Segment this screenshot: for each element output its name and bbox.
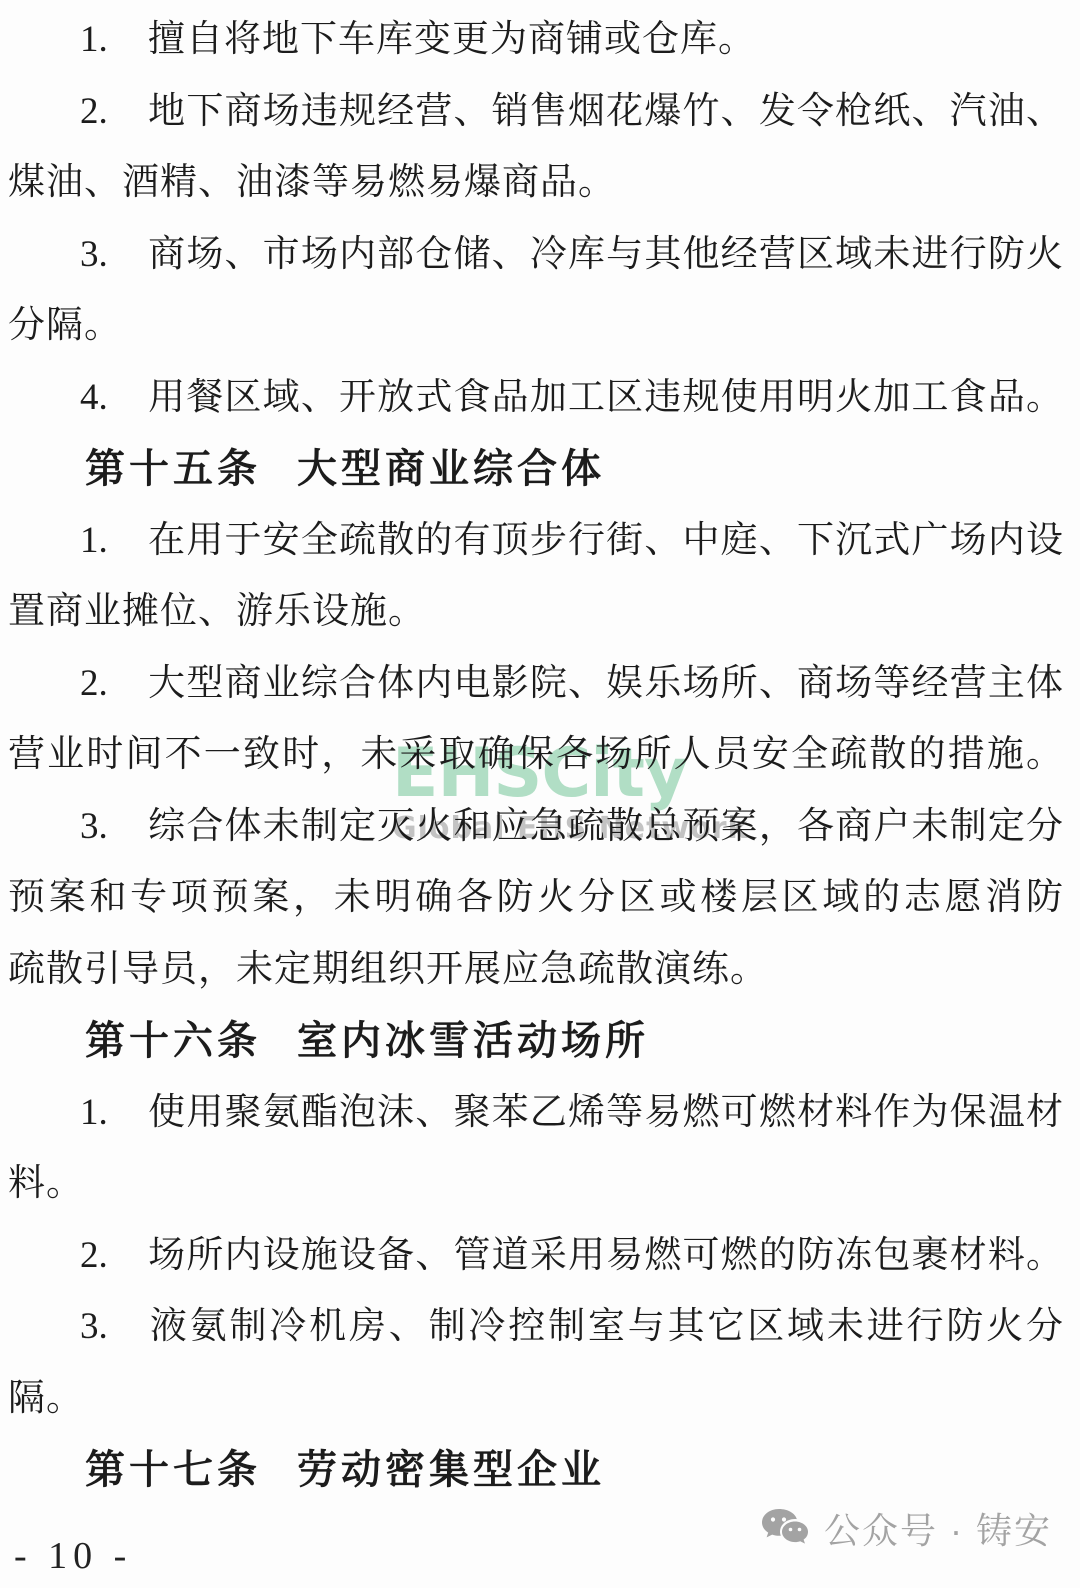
list-item-line: 1.在用于安全疏散的有顶步行街、中庭、下沉式广场内设 [0, 505, 1080, 577]
document-body: 1.擅自将地下车库变更为商铺或仓库。 2.地下商场违规经营、销售烟花爆竹、发令枪… [0, 4, 1080, 1506]
list-item-line: 3.综合体未制定灭火和应急疏散总预案，各商户未制定分 [0, 791, 1080, 863]
list-item-line: 1.使用聚氨酯泡沫、聚苯乙烯等易燃可燃材料作为保温材 [0, 1077, 1080, 1149]
item-number: 4. [80, 362, 148, 434]
article-number: 第十五条 [85, 446, 261, 491]
line-text: 液氨制冷机房、制冷控制室与其它区域未进行防火分 [148, 1306, 1064, 1347]
list-item-line: 4.用餐区域、开放式食品加工区违规使用明火加工食品。 [0, 362, 1080, 434]
line-text: 综合体未制定灭火和应急疏散总预案，各商户未制定分 [148, 806, 1064, 847]
article-title: 室内冰雪活动场所 [297, 1018, 649, 1063]
list-item-line: 3.商场、市场内部仓储、冷库与其他经营区域未进行防火 [0, 219, 1080, 291]
line-text: 置商业摊位、游乐设施。 [8, 591, 426, 632]
line-text: 用餐区域、开放式食品加工区违规使用明火加工食品。 [148, 377, 1064, 418]
article-heading: 第十五条大型商业综合体 [0, 433, 1080, 505]
list-item-line: 1.擅自将地下车库变更为商铺或仓库。 [0, 4, 1080, 76]
line-text: 预案和专项预案，未明确各防火分区或楼层区域的志愿消防员、 [8, 877, 1064, 934]
line-text: 料。 [8, 1163, 84, 1204]
article-title: 大型商业综合体 [297, 446, 605, 491]
article-number: 第十六条 [85, 1018, 261, 1063]
list-item-line: 2.场所内设施设备、管道采用易燃可燃的防冻包裹材料。 [0, 1220, 1080, 1292]
item-number: 3. [80, 1291, 148, 1363]
continuation-line: 隔。 [0, 1363, 1080, 1435]
list-item-line: 3.液氨制冷机房、制冷控制室与其它区域未进行防火分 [0, 1291, 1080, 1363]
continuation-line: 置商业摊位、游乐设施。 [0, 576, 1080, 648]
line-text: 煤油、酒精、油漆等易燃易爆商品。 [8, 162, 616, 203]
list-item-line: 2.大型商业综合体内电影院、娱乐场所、商场等经营主体 [0, 648, 1080, 720]
item-number: 3. [80, 219, 148, 291]
line-text: 大型商业综合体内电影院、娱乐场所、商场等经营主体 [148, 663, 1064, 704]
line-text: 隔。 [8, 1378, 84, 1419]
line-text: 地下商场违规经营、销售烟花爆竹、发令枪纸、汽油、 [148, 91, 1064, 132]
item-number: 1. [80, 505, 148, 577]
list-item-line: 2.地下商场违规经营、销售烟花爆竹、发令枪纸、汽油、 [0, 76, 1080, 148]
item-number: 1. [80, 1077, 148, 1149]
continuation-line: 预案和专项预案，未明确各防火分区或楼层区域的志愿消防员、 [0, 862, 1080, 934]
wechat-badge: 公众号 · 铸安 [760, 1503, 1052, 1554]
continuation-line: 煤油、酒精、油漆等易燃易爆商品。 [0, 147, 1080, 219]
item-number: 1. [80, 4, 148, 76]
item-number: 2. [80, 76, 148, 148]
wechat-account-label: 公众号 · 铸安 [824, 1503, 1052, 1554]
continuation-line: 料。 [0, 1148, 1080, 1220]
line-text: 场所内设施设备、管道采用易燃可燃的防冻包裹材料。 [148, 1235, 1064, 1276]
page-number: - 10 - [14, 1534, 132, 1578]
article-heading: 第十六条室内冰雪活动场所 [0, 1005, 1080, 1077]
item-number: 2. [80, 648, 148, 720]
line-text: 在用于安全疏散的有顶步行街、中庭、下沉式广场内设 [148, 520, 1064, 561]
line-text: 疏散引导员，未定期组织开展应急疏散演练。 [8, 949, 768, 990]
document-page: EHSCity Global EHS Network 1.擅自将地下车库变更为商… [0, 0, 1080, 1588]
item-number: 2. [80, 1220, 148, 1292]
continuation-line: 疏散引导员，未定期组织开展应急疏散演练。 [0, 934, 1080, 1006]
article-number: 第十七条 [85, 1447, 261, 1492]
continuation-line: 营业时间不一致时，未采取确保各场所人员安全疏散的措施。 [0, 719, 1080, 791]
line-text: 擅自将地下车库变更为商铺或仓库。 [148, 19, 756, 60]
line-text: 营业时间不一致时，未采取确保各场所人员安全疏散的措施。 [8, 734, 1064, 775]
line-text: 使用聚氨酯泡沫、聚苯乙烯等易燃可燃材料作为保温材 [148, 1092, 1064, 1133]
continuation-line: 分隔。 [0, 290, 1080, 362]
item-number: 3. [80, 791, 148, 863]
wechat-icon [760, 1507, 812, 1551]
line-text: 分隔。 [8, 305, 122, 346]
article-heading: 第十七条劳动密集型企业 [0, 1434, 1080, 1506]
article-title: 劳动密集型企业 [297, 1447, 605, 1492]
line-text: 商场、市场内部仓储、冷库与其他经营区域未进行防火 [148, 234, 1064, 275]
